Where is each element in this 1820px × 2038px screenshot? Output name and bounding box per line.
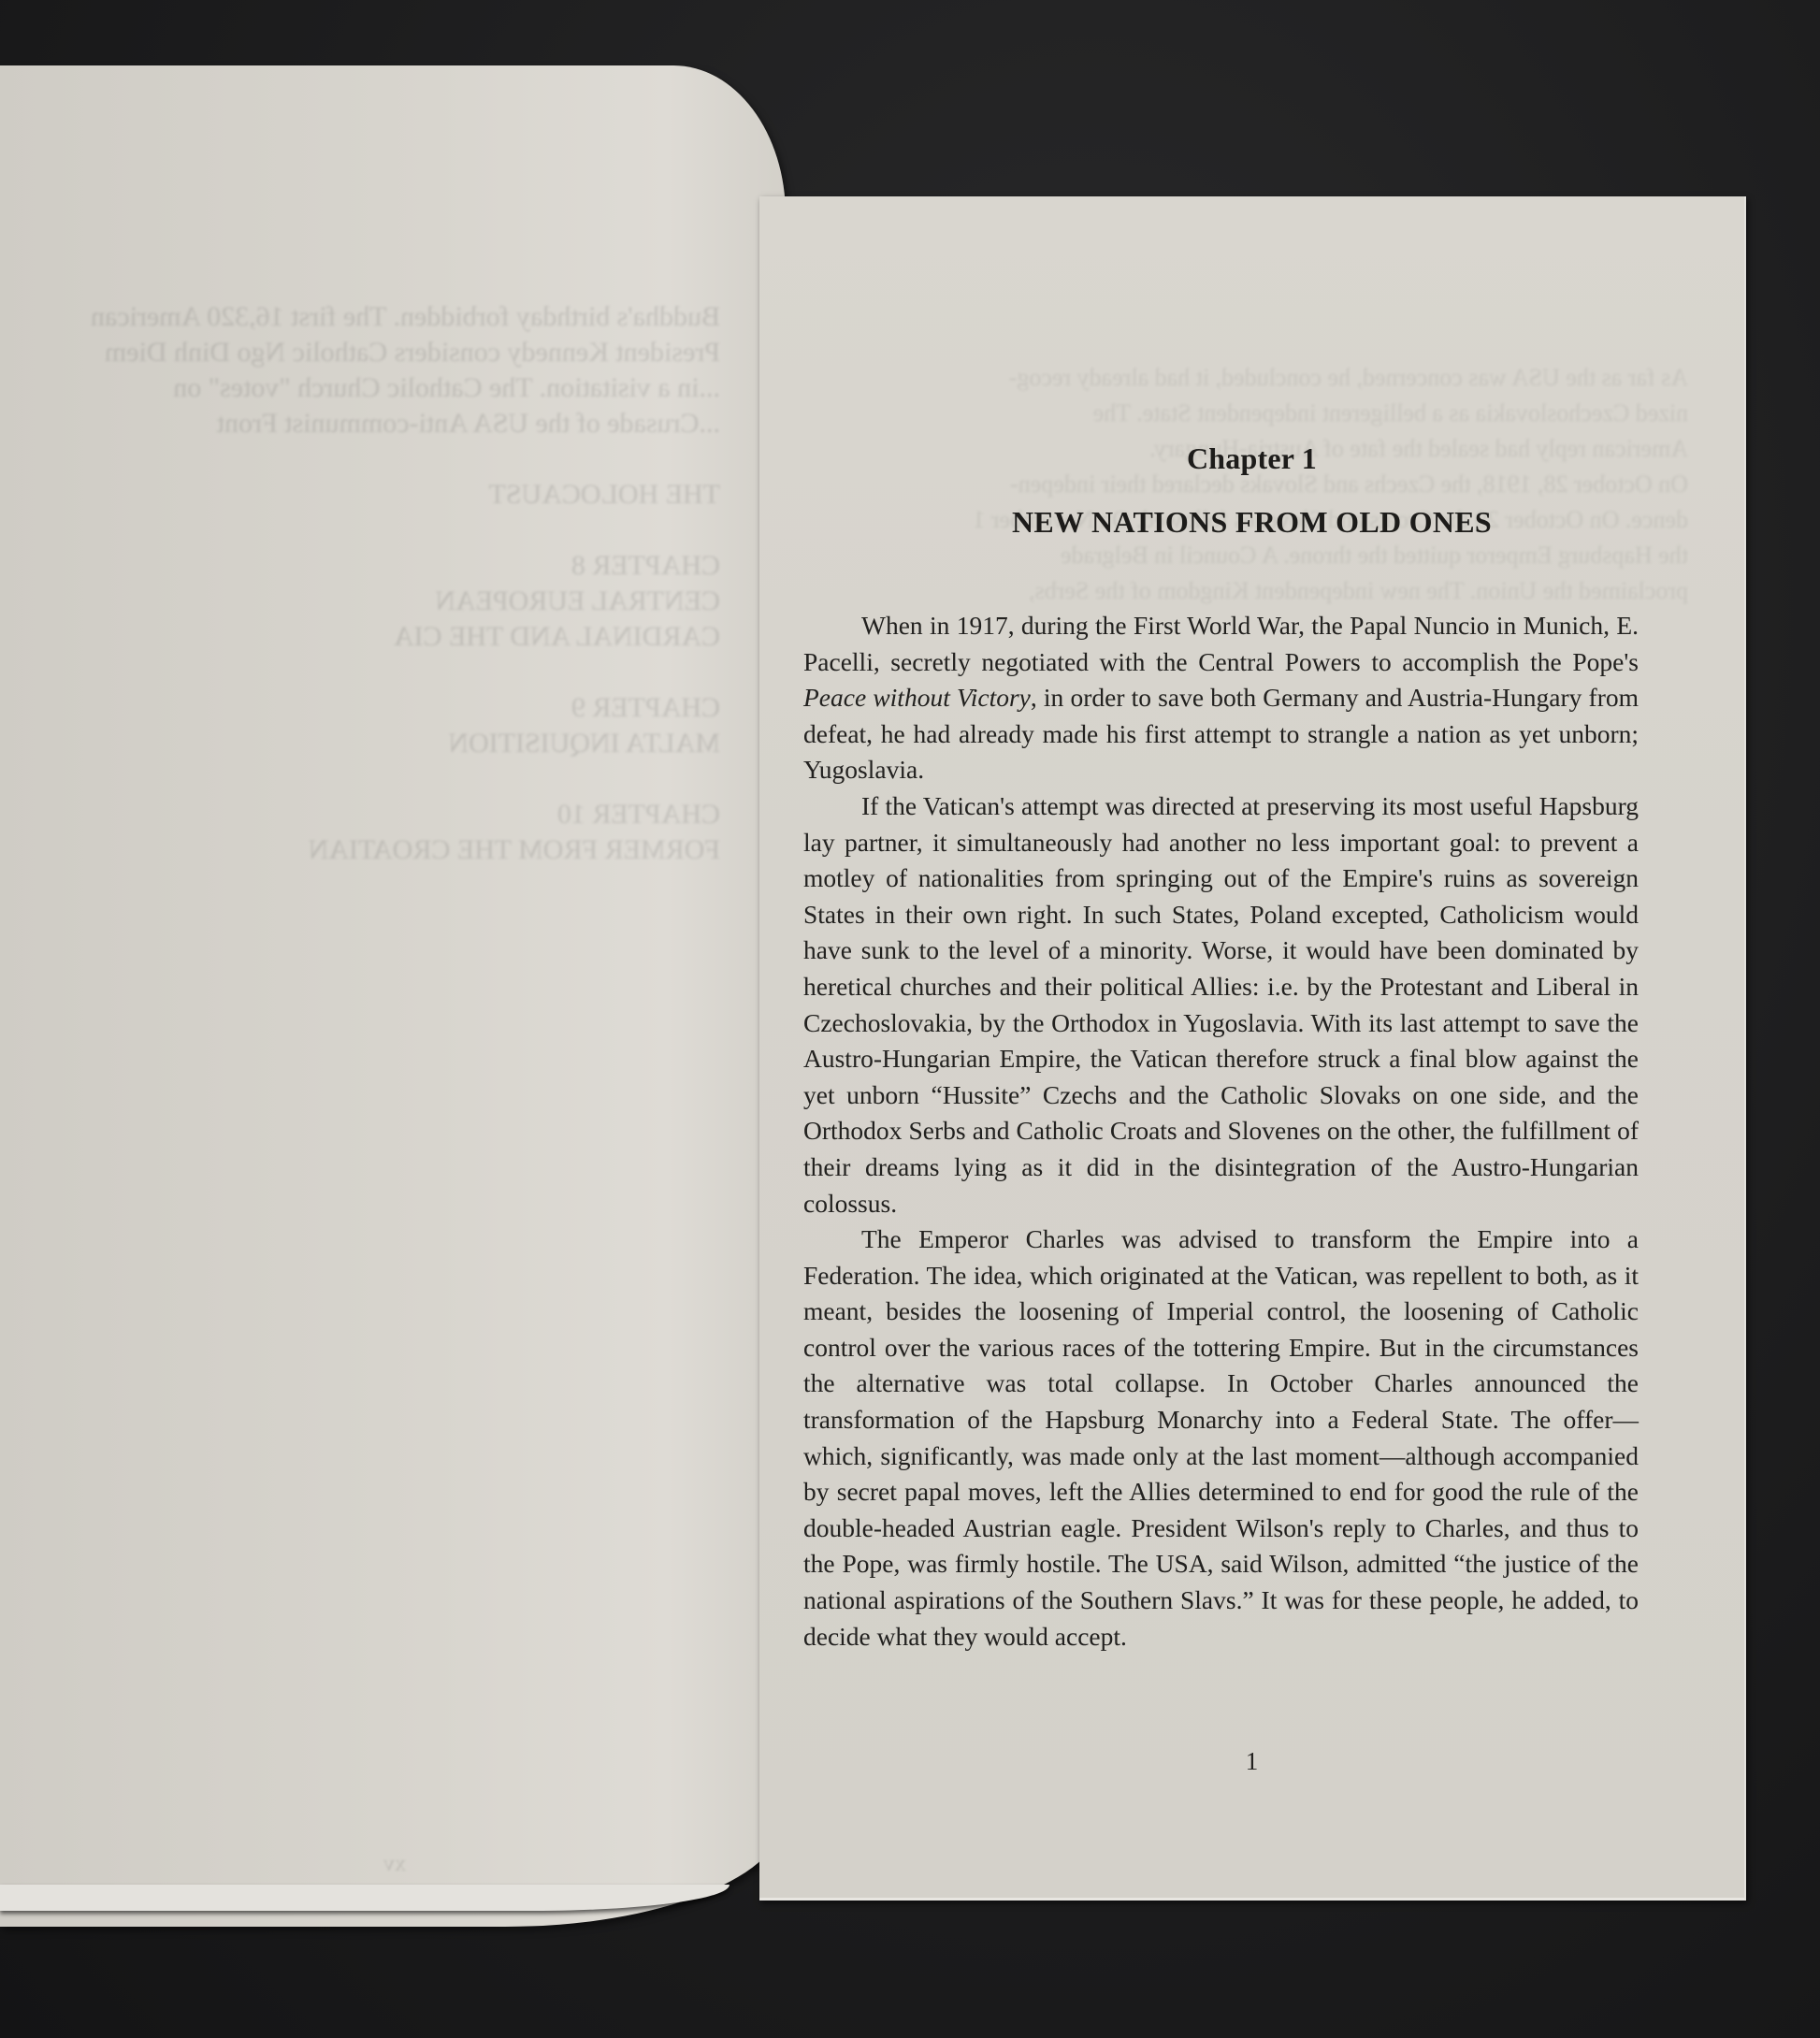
paragraph-1-text-a: When in 1917, during the First World War…	[803, 611, 1639, 676]
paragraph-2: If the Vatican's attempt was directed at…	[803, 788, 1639, 1221]
page-number: 1	[759, 1747, 1744, 1776]
paragraph-3: The Emperor Charles was advised to trans…	[803, 1221, 1639, 1655]
chapter-body: When in 1917, during the First World War…	[803, 608, 1639, 1655]
right-page-showthrough-text: As far as the USA was concerned, he conc…	[759, 360, 1744, 609]
chapter-label: Chapter 1	[759, 441, 1744, 476]
paragraph-1: When in 1917, during the First World War…	[803, 608, 1639, 788]
chapter-title: NEW NATIONS FROM OLD ONES	[759, 505, 1744, 540]
left-page-showthrough-text: Buddha's birthday forbidden. The first 1…	[0, 299, 776, 868]
italic-title-peace-without-victory: Peace without Victory	[803, 683, 1031, 712]
left-page-bottom-edge	[0, 1885, 729, 1911]
left-page-verso: Buddha's birthday forbidden. The first 1…	[0, 65, 786, 1927]
right-page-recto: As far as the USA was concerned, he conc…	[759, 196, 1746, 1901]
left-page-showthrough-page-number: xv	[383, 1852, 406, 1877]
